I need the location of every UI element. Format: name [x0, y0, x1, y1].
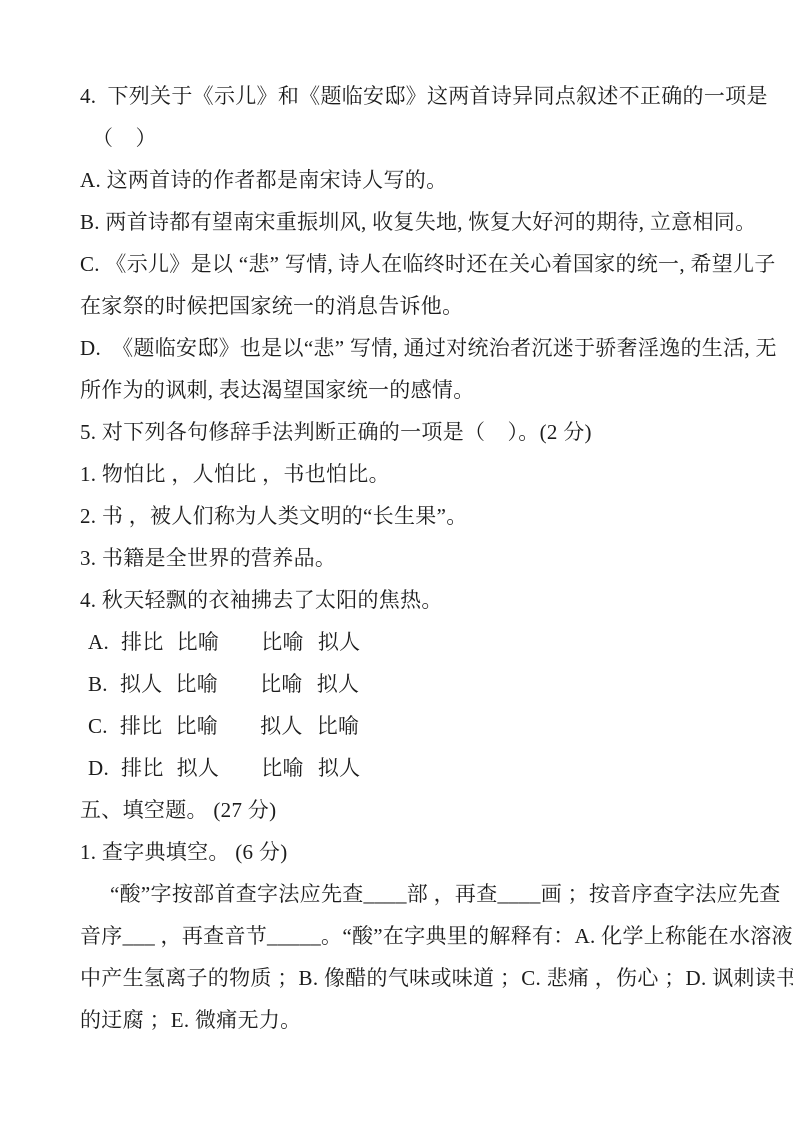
section-5-item-1-label: 1. 查字典填空。 (6 分) [80, 831, 725, 873]
option-letter: C. [88, 705, 108, 747]
section-5-heading: 五、填空题。 (27 分) [80, 789, 725, 831]
question-4-option-d-line-2: 所作为的讽刺, 表达渴望国家统一的感情。 [80, 369, 725, 411]
question-4-option-c-line-2: 在家祭的时候把国家统一的消息告诉他。 [80, 285, 725, 327]
option-letter: A. [88, 621, 109, 663]
option-word: 拟人 [318, 747, 361, 789]
option-word: 比喻 [261, 621, 304, 663]
option-word: 比喻 [175, 705, 218, 747]
question-5-option-row-a: A. 排比 比喻 比喻 拟人 [80, 621, 725, 663]
question-4-stem: 4. 下列关于《示儿》和《题临安邸》这两首诗异同点叙述不正确的一项是 [80, 75, 725, 117]
option-word: 比喻 [317, 705, 360, 747]
option-word: 排比 [121, 621, 164, 663]
question-5-sentence-1: 1. 物怕比 ，人怕比 ，书也怕比。 [80, 453, 725, 495]
question-5-option-row-b: B. 拟人 比喻 比喻 拟人 [80, 663, 725, 705]
option-word: 排比 [121, 747, 164, 789]
question-5-option-row-c: C. 排比 比喻 拟人 比喻 [80, 705, 725, 747]
option-word: 拟人 [177, 747, 220, 789]
question-4-option-b: B. 两首诗都有望南宋重振圳风, 收复失地, 恢复大好河的期待, 立意相同。 [80, 201, 725, 243]
question-4-answer-bracket: （ ） [80, 117, 725, 159]
option-word: 比喻 [260, 663, 303, 705]
document-content: 4. 下列关于《示儿》和《题临安邸》这两首诗异同点叙述不正确的一项是 （ ） A… [0, 0, 793, 1041]
fill-in-paragraph-line-1: “酸”字按部首查字法应先查____部 ，再查____画 ；按音序查字法应先查 [80, 873, 725, 915]
option-word: 拟人 [317, 663, 360, 705]
option-word: 排比 [120, 705, 163, 747]
option-word: 比喻 [177, 621, 220, 663]
question-5-sentence-4: 4. 秋天轻飘的衣袖拂去了太阳的焦热。 [80, 579, 725, 621]
question-5-sentence-3: 3. 书籍是全世界的营养品。 [80, 537, 725, 579]
option-word: 拟人 [260, 705, 303, 747]
question-4-option-c-line-1: C. 《示儿》是以 “悲” 写情, 诗人在临终时还在关心着国家的统一, 希望儿子 [80, 243, 725, 285]
fill-in-paragraph-line-4: 的迂腐 ；E. 微痛无力。 [80, 999, 725, 1041]
option-word: 比喻 [261, 747, 304, 789]
question-4-option-d-line-1: D. 《题临安邸》也是以“悲” 写情, 通过对统治者沉迷于骄奢淫逸的生活, 无 [80, 327, 725, 369]
question-4-option-a: A. 这两首诗的作者都是南宋诗人写的。 [80, 159, 725, 201]
question-5-stem: 5. 对下列各句修辞手法判断正确的一项是（ ）。(2 分) [80, 411, 725, 453]
fill-in-paragraph-line-2: 音序___ ，再查音节_____。“酸”在字典里的解释有：A. 化学上称能在水溶… [80, 915, 725, 957]
option-word: 拟人 [120, 663, 163, 705]
option-letter: D. [88, 747, 109, 789]
option-letter: B. [88, 663, 108, 705]
question-5-option-row-d: D. 排比 拟人 比喻 拟人 [80, 747, 725, 789]
document-page: 4. 下列关于《示儿》和《题临安邸》这两首诗异同点叙述不正确的一项是 （ ） A… [0, 0, 793, 1122]
question-5-sentence-2: 2. 书 ，被人们称为人类文明的“长生果”。 [80, 495, 725, 537]
option-word: 拟人 [318, 621, 361, 663]
option-word: 比喻 [175, 663, 218, 705]
fill-in-paragraph-line-3: 中产生氢离子的物质 ；B. 像醋的气味或味道 ；C. 悲痛 ，伤心 ；D. 讽刺… [80, 957, 725, 999]
